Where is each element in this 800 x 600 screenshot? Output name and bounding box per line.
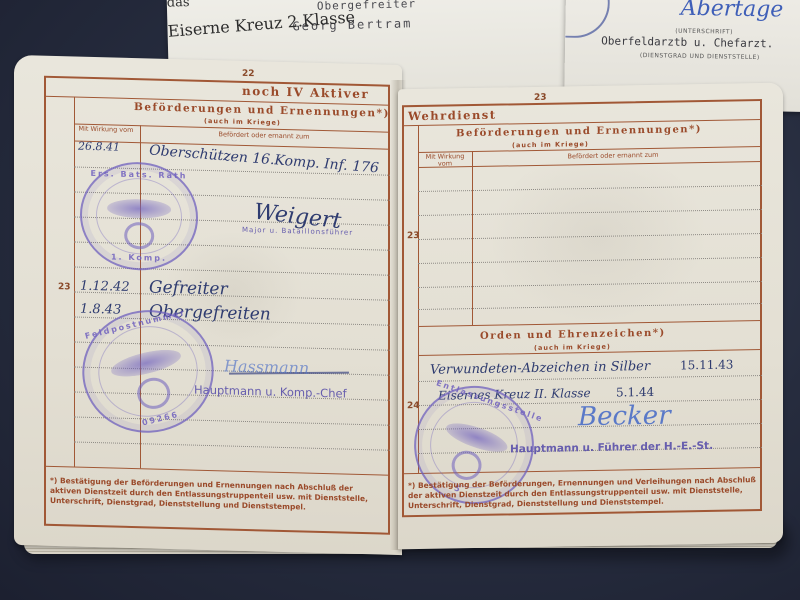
certificate-signature: Abertage [681, 0, 784, 23]
margin-number: 23 [58, 282, 71, 292]
officer-signature: Hassmann [224, 356, 309, 377]
section-subtitle: (auch im Kriege) [512, 140, 589, 149]
award-date: 15.11.43 [680, 358, 733, 373]
stamp-ring-text: Ers. Bats. Rath [82, 169, 196, 181]
stamp-partial [565, 0, 610, 39]
eagle-icon [107, 199, 171, 219]
page-number: 23 [534, 93, 547, 103]
footnote: *) Bestätigung der Beförderungen, Ernenn… [408, 475, 758, 511]
entry-date: 1.8.43 [80, 302, 121, 318]
wreath-icon [124, 222, 154, 250]
margin-number: 24 [407, 401, 420, 411]
certificate-signer-rank: Oberfeldarztb u. Chefarzt. [601, 34, 773, 50]
signature-caption: (UNTERSCHRIFT) [675, 28, 733, 36]
booklet-page-left: 22 noch IV Aktiver Beförderungen und Ern… [14, 55, 402, 555]
rank-caption: (DIENSTGRAD UND DIENSTSTELLE) [640, 52, 760, 61]
entry-rank: Gefreiter [149, 277, 228, 299]
entry-date: 1.12.42 [80, 279, 130, 295]
margin-rule [74, 96, 75, 466]
unit-stamp: Ers. Bats. Rath 1. Komp. [80, 161, 198, 272]
margin-number: 23 [407, 231, 420, 241]
page-header: Wehrdienst [408, 108, 497, 124]
page-number: 22 [242, 69, 255, 79]
booklet-page-right: 23 Wehrdienst Beförderungen und Ernennun… [398, 83, 783, 550]
entry-date: 26.8.41 [78, 141, 120, 153]
awards-subtitle: (auch im Kriege) [534, 343, 611, 352]
officer-signature: Becker [578, 401, 671, 433]
award-date: 5.1.44 [616, 385, 654, 400]
